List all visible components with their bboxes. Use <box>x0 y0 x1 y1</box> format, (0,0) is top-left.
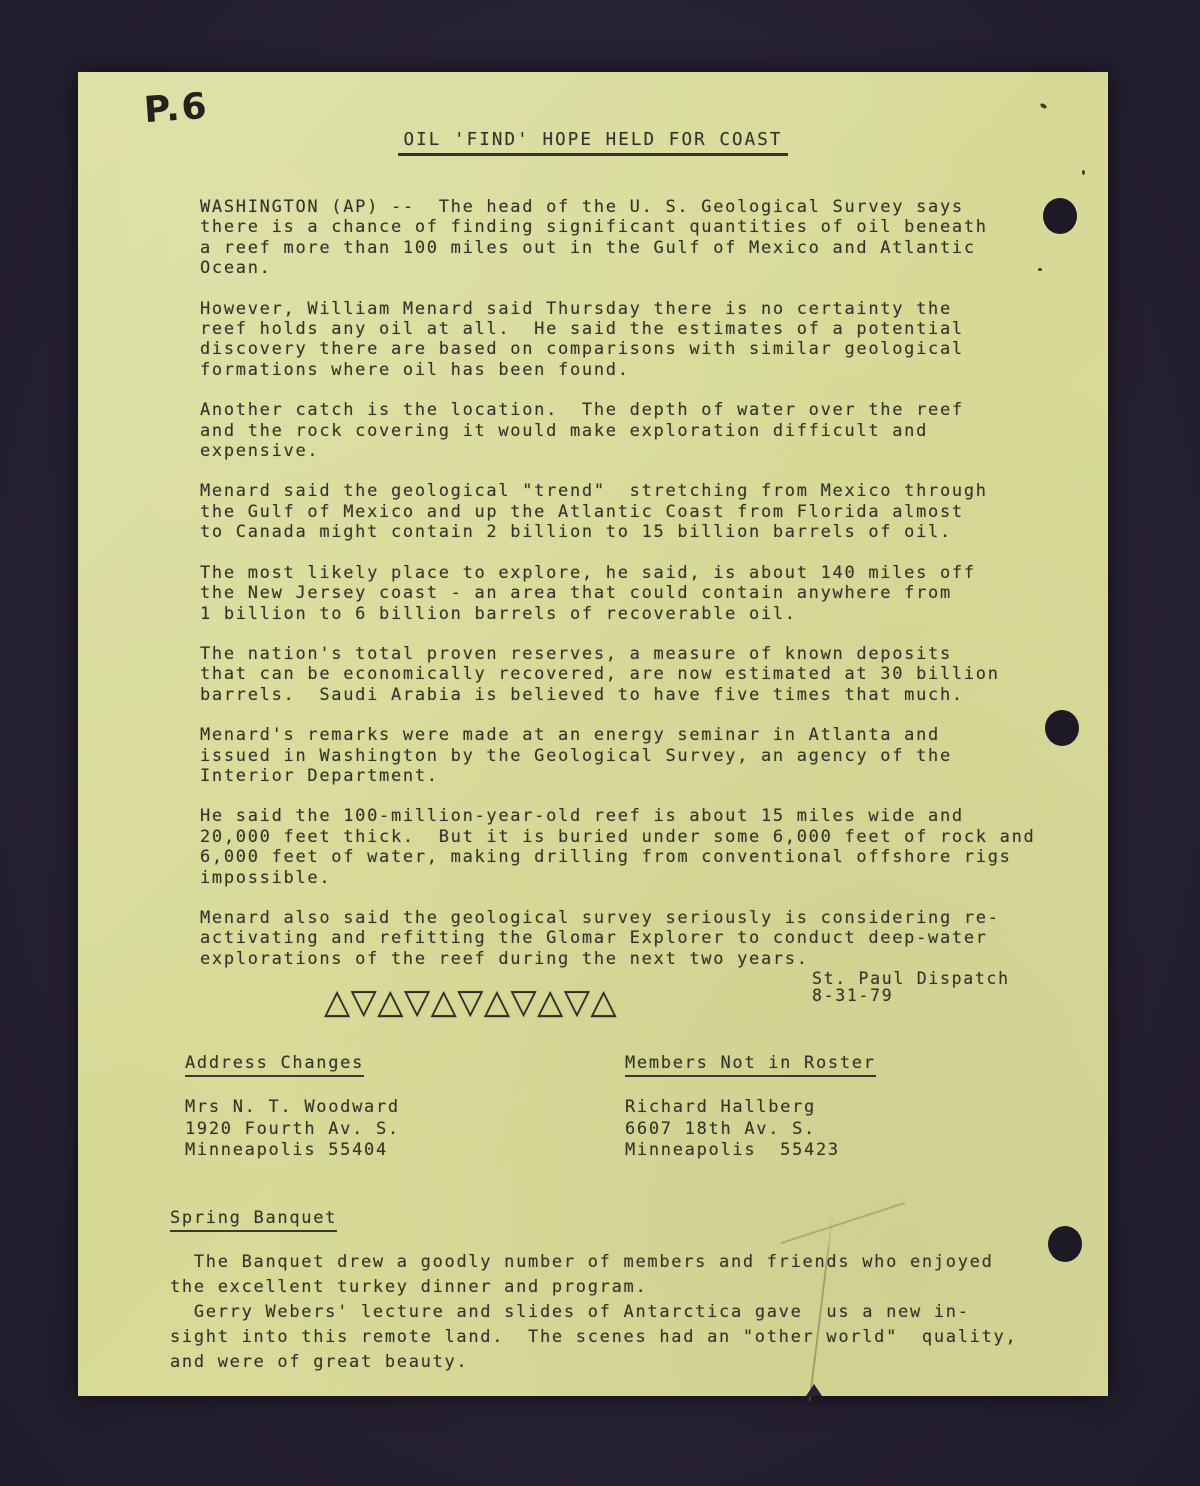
paper-tear <box>806 1384 822 1396</box>
attribution-date: 8-31-79 <box>812 987 1010 1004</box>
article-paragraph: The most likely place to explore, he sai… <box>200 563 1085 624</box>
spring-banquet-heading: Spring Banquet <box>170 1208 337 1232</box>
address-changes-section: Address Changes Mrs N. T. Woodward 1920 … <box>185 1053 400 1162</box>
article-paragraph: Menard's remarks were made at an energy … <box>200 725 1085 786</box>
article-paragraph: Menard also said the geological survey s… <box>200 908 1085 969</box>
article-paragraph: However, William Menard said Thursday th… <box>200 299 1085 381</box>
attribution-source: St. Paul Dispatch <box>812 970 1010 987</box>
page-number-label: P.6 <box>143 86 210 131</box>
hole-punch-bottom <box>1048 1226 1082 1262</box>
scanner-background: P.6 OIL 'FIND' HOPE HELD FOR COAST WASHI… <box>0 0 1200 1486</box>
article-paragraph: The nation's total proven reserves, a me… <box>200 644 1085 705</box>
paper-speck <box>1039 103 1047 110</box>
article-paragraph: Menard said the geological "trend" stret… <box>200 481 1085 542</box>
members-not-in-roster-section: Members Not in Roster Richard Hallberg 6… <box>625 1053 876 1162</box>
article-paragraph: He said the 100-million-year-old reef is… <box>200 806 1085 888</box>
hole-punch-top <box>1043 198 1077 234</box>
triangle-divider: △▽△▽△▽△▽△▽△ <box>324 984 617 1020</box>
address-changes-heading: Address Changes <box>185 1053 364 1077</box>
spring-banquet-section: Spring Banquet The Banquet drew a goodly… <box>170 1208 1100 1375</box>
article-paragraph: WASHINGTON (AP) -- The head of the U. S.… <box>200 197 1085 279</box>
article-paragraph: Another catch is the location. The depth… <box>200 400 1085 461</box>
article-body: WASHINGTON (AP) -- The head of the U. S.… <box>200 197 1085 989</box>
hole-punch-middle <box>1045 710 1079 746</box>
paper-speck <box>1038 268 1042 271</box>
address-changes-entry: Mrs N. T. Woodward 1920 Fourth Av. S. Mi… <box>185 1097 400 1162</box>
spring-banquet-body: The Banquet drew a goodly number of memb… <box>170 1250 1100 1375</box>
article-title: OIL 'FIND' HOPE HELD FOR COAST <box>398 130 787 156</box>
members-not-in-roster-entry: Richard Hallberg 6607 18th Av. S. Minnea… <box>625 1097 876 1162</box>
newsletter-page: P.6 OIL 'FIND' HOPE HELD FOR COAST WASHI… <box>78 72 1108 1396</box>
members-not-in-roster-heading: Members Not in Roster <box>625 1053 876 1077</box>
attribution-block: St. Paul Dispatch 8-31-79 <box>812 970 1010 1004</box>
article-title-row: OIL 'FIND' HOPE HELD FOR COAST <box>78 130 1108 156</box>
paper-speck <box>1082 170 1085 175</box>
